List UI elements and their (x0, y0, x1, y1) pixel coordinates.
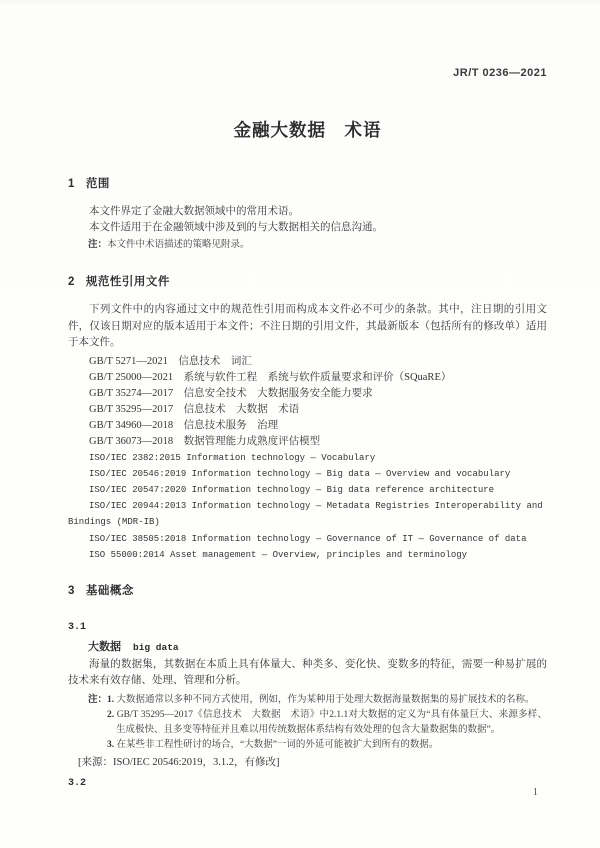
note-number: 1. (107, 695, 114, 705)
document-title: 金融大数据 术语 (68, 117, 547, 142)
note-label: 注： (88, 695, 107, 705)
term-chinese: 大数据 (88, 641, 121, 653)
section-scope-heading: 1范围 (68, 175, 547, 191)
references-list: GB/T 5271—2021 信息技术 词汇 GB/T 25000—2021 系… (68, 354, 547, 563)
reference-item: ISO 55000:2014 Asset management — Overvi… (68, 547, 547, 563)
reference-item: GB/T 34960—2018 信息技术服务 治理 (68, 418, 547, 434)
references-intro: 下列文件中的内容通过文中的规范性引用而构成本文件必不可少的条款。其中，注日期的引… (68, 302, 547, 351)
section-title: 基础概念 (86, 585, 134, 597)
scope-note: 注：本文件中术语描述的策略见附录。 (88, 238, 547, 253)
document-page: JR/T 0236—2021 金融大数据 术语 1范围 本文件界定了金融大数据领… (0, 0, 600, 848)
reference-item: ISO/IEC 38505:2018 Information technolog… (68, 531, 547, 547)
reference-item: GB/T 5271—2021 信息技术 词汇 (68, 354, 547, 370)
reference-item: ISO/IEC 20944:2013 Information technolog… (68, 498, 547, 530)
reference-item: GB/T 35274—2017 信息安全技术 大数据服务安全能力要求 (68, 386, 547, 402)
scope-paragraph-2: 本文件适用于在金融领域中涉及到的与大数据相关的信息沟通。 (68, 220, 547, 236)
term-note-3: 3. 在某些非工程性研讨的场合，“大数据”一词的外延可能被扩大到所有的数据。 (107, 738, 547, 753)
term-english: big data (133, 642, 179, 653)
entry-number: 3.1 (68, 622, 547, 633)
next-entry-number: 3.2 (68, 778, 547, 789)
reference-item: GB/T 36073—2018 数据管理能力成熟度评估模型 (68, 434, 547, 450)
note-label: 注： (88, 240, 107, 250)
reference-item: ISO/IEC 20547:2020 Information technolog… (68, 482, 547, 498)
note-text: 在某些非工程性研讨的场合，“大数据”一词的外延可能被扩大到所有的数据。 (117, 740, 439, 750)
standard-number: JR/T 0236—2021 (68, 0, 547, 79)
note-text: 大数据通常以多种不同方式使用，例如，作为某种用于处理大数据海量数据集的易扩展技术… (117, 695, 535, 705)
reference-item: ISO/IEC 2382:2015 Information technology… (68, 450, 547, 466)
section-references-heading: 2规范性引用文件 (68, 273, 547, 289)
section-title: 规范性引用文件 (86, 276, 170, 288)
note-text: GB/T 35295—2017《信息技术 大数据 术语》中2.1.1对大数据的定… (116, 710, 547, 735)
note-text: 本文件中术语描述的策略见附录。 (107, 240, 250, 250)
reference-item: GB/T 35295—2017 信息技术 大数据 术语 (68, 402, 547, 418)
section-number: 1 (68, 178, 75, 190)
section-concepts-heading: 3基础概念 (68, 582, 547, 598)
note-number: 2. (107, 710, 114, 720)
page-number: 1 (533, 787, 538, 798)
term-note-2: 2. GB/T 35295—2017《信息技术 大数据 术语》中2.1.1对大数… (107, 708, 547, 737)
term-definition: 海量的数据集，其数据在本质上具有体量大、种类多、变化快、变数多的特征，需要一种易… (68, 657, 547, 690)
term-source: [来源：ISO/IEC 20546:2019，3.1.2，有修改] (78, 754, 547, 769)
section-number: 2 (68, 276, 75, 288)
note-number: 3. (107, 740, 114, 750)
term-note-1: 注：1. 大数据通常以多种不同方式使用，例如，作为某种用于处理大数据海量数据集的… (88, 693, 547, 708)
section-title: 范围 (86, 178, 110, 190)
reference-item: ISO/IEC 20546:2019 Information technolog… (68, 466, 547, 482)
scope-paragraph-1: 本文件界定了金融大数据领域中的常用术语。 (68, 204, 547, 220)
reference-item: GB/T 25000—2021 系统与软件工程 系统与软件质量要求和评价（SQu… (68, 370, 547, 386)
section-number: 3 (68, 585, 75, 597)
term-line: 大数据big data (88, 637, 547, 655)
